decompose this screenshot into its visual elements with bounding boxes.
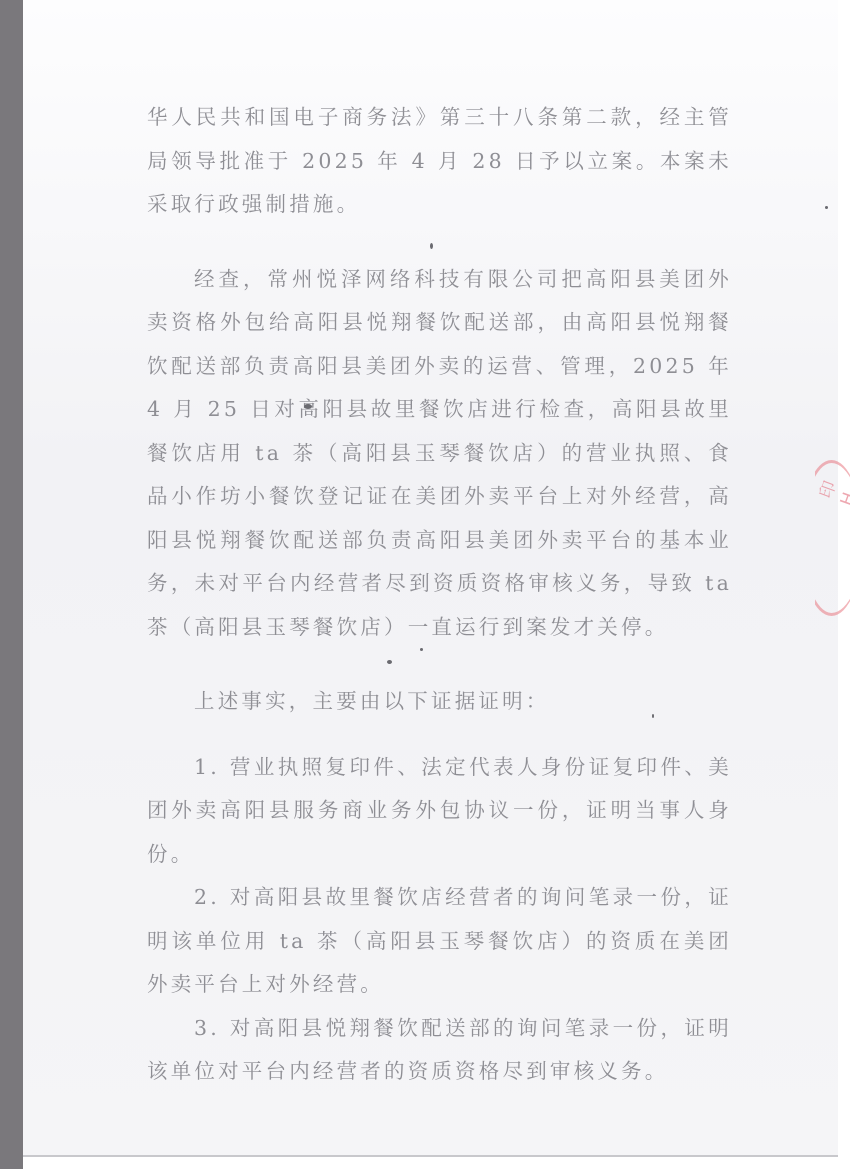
scan-speck <box>387 660 392 664</box>
scan-speck <box>825 206 828 209</box>
paragraph-investigation-findings: 经查，常州悦泽网络科技有限公司把高阳县美团外卖资格外包给高阳县悦翔餐饮配送部，由… <box>147 258 732 650</box>
scan-speck <box>420 648 423 651</box>
paragraph-legal-basis: 华人民共和国电子商务法》第三十八条第二款，经主管局领导批准于 2025 年 4 … <box>147 96 732 227</box>
scan-speck <box>304 404 312 409</box>
scanner-edge <box>0 0 23 1169</box>
paragraph-gap <box>147 649 732 680</box>
evidence-item-2: 2. 对高阳县故里餐饮店经营者的询问笔录一份，证明该单位用 ta 茶（高阳县玉琴… <box>147 876 732 1007</box>
document-body: 华人民共和国电子商务法》第三十八条第二款，经主管局领导批准于 2025 年 4 … <box>147 96 732 1094</box>
evidence-item-1: 1. 营业执照复印件、法定代表人身份证复印件、美团外卖高阳县服务商业务外包协议一… <box>147 746 732 877</box>
page-bottom-edge <box>23 1155 838 1157</box>
scan-speck <box>430 243 433 249</box>
paragraph-evidence-intro: 上述事实，主要由以下证据证明： <box>147 680 732 724</box>
paragraph-gap <box>147 227 732 258</box>
evidence-item-3: 3. 对高阳县悦翔餐饮配送部的询问笔录一份，证明该单位对平台内经营者的资质资格尽… <box>147 1007 732 1094</box>
paragraph-gap <box>147 724 732 746</box>
scan-speck <box>652 714 654 718</box>
